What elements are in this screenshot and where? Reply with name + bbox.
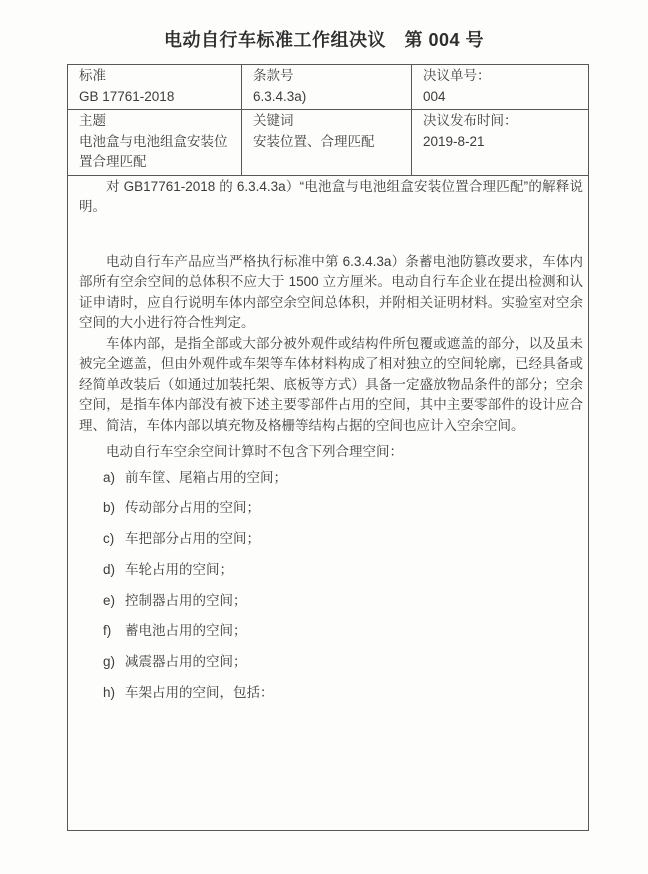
list-item-text: 传动部分占用的空间； bbox=[125, 500, 260, 515]
paragraph-requirement: 电动自行车产品应当严格执行标准中第 6.3.4.3a）条蓄电池防篡改要求，车体内… bbox=[79, 252, 583, 334]
list-item: c)车把部分占用的空间； bbox=[79, 524, 583, 555]
list-item-text: 减震器占用的空间； bbox=[125, 654, 247, 669]
list-item-marker: f) bbox=[103, 616, 116, 647]
info-row-standard: 标准 GB 17761-2018 条款号 6.3.4.3a) 决议单号： 004 bbox=[68, 65, 589, 110]
standard-label: 标准 bbox=[79, 66, 236, 87]
decision-number-value: 004 bbox=[423, 87, 583, 108]
list-item: f)蓄电池占用的空间； bbox=[79, 616, 583, 647]
list-item: b)传动部分占用的空间； bbox=[79, 493, 583, 524]
info-row-subject: 主题 电池盒与电池组盒安装位置合理匹配 关键词 安装位置、合理匹配 决议发布时间… bbox=[68, 110, 589, 176]
info-table: 标准 GB 17761-2018 条款号 6.3.4.3a) 决议单号： 004… bbox=[67, 64, 589, 831]
keywords-label: 关键词 bbox=[253, 111, 406, 132]
list-item: h)车架占用的空间，包括： bbox=[79, 678, 583, 709]
publish-date-value: 2019-8-21 bbox=[423, 132, 583, 153]
list-item-marker: b) bbox=[103, 493, 116, 524]
list-item-text: 蓄电池占用的空间； bbox=[125, 623, 247, 638]
list-item-marker: e) bbox=[103, 586, 116, 617]
document-title: 电动自行车标准工作组决议 第 004 号 bbox=[0, 26, 648, 52]
list-item-text: 车轮占用的空间； bbox=[125, 562, 233, 577]
subject-value: 电池盒与电池组盒安装位置合理匹配 bbox=[79, 132, 236, 173]
excluded-space-list: a)前车筐、尾箱占用的空间； b)传动部分占用的空间； c)车把部分占用的空间；… bbox=[79, 463, 583, 709]
list-item: d)车轮占用的空间； bbox=[79, 555, 583, 586]
clause-label: 条款号 bbox=[253, 66, 406, 87]
cell-clause: 条款号 6.3.4.3a) bbox=[242, 65, 412, 110]
list-item-marker: d) bbox=[103, 555, 116, 586]
paragraph-definitions: 车体内部，是指全部或大部分被外观件或结构件所包覆或遮盖的部分，以及虽未被完全遮盖… bbox=[79, 334, 583, 437]
list-item-marker: h) bbox=[103, 678, 116, 709]
body-cell: 对 GB17761-2018 的 6.3.4.3a）“电池盒与电池组盒安装位置合… bbox=[68, 175, 589, 830]
cell-standard: 标准 GB 17761-2018 bbox=[68, 65, 242, 110]
paragraph-explanation-intro: 对 GB17761-2018 的 6.3.4.3a）“电池盒与电池组盒安装位置合… bbox=[79, 177, 583, 218]
list-item-marker: c) bbox=[103, 524, 116, 555]
standard-value: GB 17761-2018 bbox=[79, 87, 236, 108]
keywords-value: 安装位置、合理匹配 bbox=[253, 132, 406, 153]
list-item-marker: a) bbox=[103, 463, 116, 494]
list-item-text: 控制器占用的空间； bbox=[125, 593, 247, 608]
publish-date-label: 决议发布时间： bbox=[423, 111, 583, 132]
cell-keywords: 关键词 安装位置、合理匹配 bbox=[242, 110, 412, 176]
list-item: a)前车筐、尾箱占用的空间； bbox=[79, 463, 583, 494]
list-item-text: 前车筐、尾箱占用的空间； bbox=[125, 470, 287, 485]
document-page: 电动自行车标准工作组决议 第 004 号 标准 GB 17761-2018 条款… bbox=[0, 0, 648, 874]
subject-label: 主题 bbox=[79, 111, 236, 132]
list-item: e)控制器占用的空间； bbox=[79, 586, 583, 617]
clause-value: 6.3.4.3a) bbox=[253, 87, 406, 108]
list-item-text: 车把部分占用的空间； bbox=[125, 531, 260, 546]
list-item: g)减震器占用的空间； bbox=[79, 647, 583, 678]
cell-subject: 主题 电池盒与电池组盒安装位置合理匹配 bbox=[68, 110, 242, 176]
decision-number-label: 决议单号： bbox=[423, 66, 583, 87]
paragraph-list-intro: 电动自行车空余空间计算时不包含下列合理空间： bbox=[79, 442, 583, 463]
list-item-marker: g) bbox=[103, 647, 116, 678]
cell-decision-number: 决议单号： 004 bbox=[412, 65, 589, 110]
cell-publish-date: 决议发布时间： 2019-8-21 bbox=[412, 110, 589, 176]
body-row: 对 GB17761-2018 的 6.3.4.3a）“电池盒与电池组盒安装位置合… bbox=[68, 175, 589, 830]
list-item-text: 车架占用的空间，包括： bbox=[125, 685, 274, 700]
